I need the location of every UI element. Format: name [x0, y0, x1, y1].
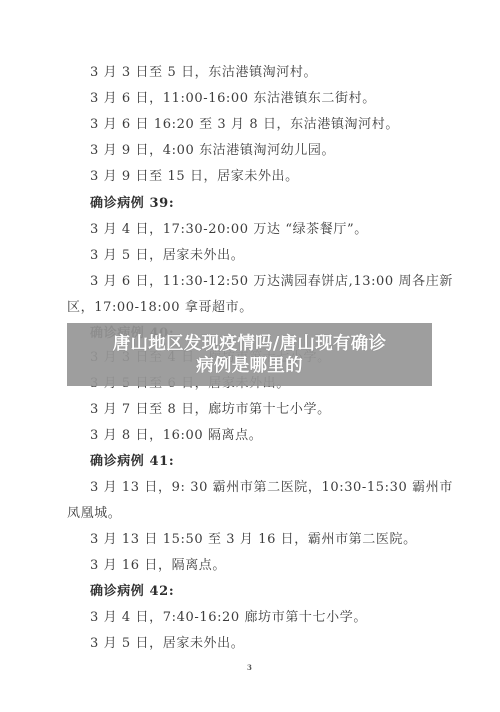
itinerary-line-continued: 凤凰城。	[67, 506, 121, 522]
itinerary-line: 3 月 3 日至 5 日，东沽港镇淘河村。	[90, 65, 317, 81]
itinerary-line: 3 月 9 日，4:00 东沽港镇淘河幼儿园。	[90, 143, 335, 159]
case-heading: 确诊病例 41:	[90, 454, 174, 470]
page-number: 3	[247, 663, 252, 672]
title-banner: 唐山地区发现疫情吗/唐山现有确诊 病例是哪里的	[67, 323, 432, 386]
itinerary-line: 3 月 13 日 15:50 至 3 月 16 日，霸州市第二医院。	[90, 532, 417, 548]
itinerary-line: 3 月 7 日至 8 日，廊坊市第十七小学。	[90, 402, 331, 418]
itinerary-line: 3 月 5 日，居家未外出。	[90, 248, 244, 264]
itinerary-line: 3 月 9 日至 15 日，居家未外出。	[90, 169, 299, 185]
itinerary-line-continued: 区，17:00-18:00 拿哥超市。	[67, 300, 253, 316]
case-heading: 确诊病例 39:	[90, 196, 174, 212]
document-page: 3 月 3 日至 5 日，东沽港镇淘河村。 3 月 6 日，11:00-16:0…	[0, 0, 500, 712]
itinerary-line: 3 月 5 日，居家未外出。	[90, 636, 244, 652]
itinerary-line: 3 月 8 日，16:00 隔离点。	[90, 428, 262, 444]
banner-title-line-2: 病例是哪里的	[196, 355, 303, 377]
itinerary-line: 3 月 13 日，9: 30 霸州市第二医院，10:30-15:30 霸州市	[90, 480, 453, 496]
itinerary-line: 3 月 6 日，11:00-16:00 东沽港镇东二街村。	[90, 91, 376, 107]
itinerary-line: 3 月 16 日，隔离点。	[90, 558, 226, 574]
itinerary-line: 3 月 4 日，17:30-20:00 万达 “绿茶餐厅”。	[90, 222, 368, 238]
itinerary-line: 3 月 6 日，11:30-12:50 万达满园春饼店,13:00 周各庄新	[90, 274, 453, 290]
itinerary-line: 3 月 6 日 16:20 至 3 月 8 日，东沽港镇淘河村。	[90, 117, 399, 133]
itinerary-line: 3 月 4 日，7:40-16:20 廊坊市第十七小学。	[90, 610, 367, 626]
case-heading: 确诊病例 42:	[90, 584, 174, 600]
banner-title-line-1: 唐山地区发现疫情吗/唐山现有确诊	[113, 333, 387, 355]
